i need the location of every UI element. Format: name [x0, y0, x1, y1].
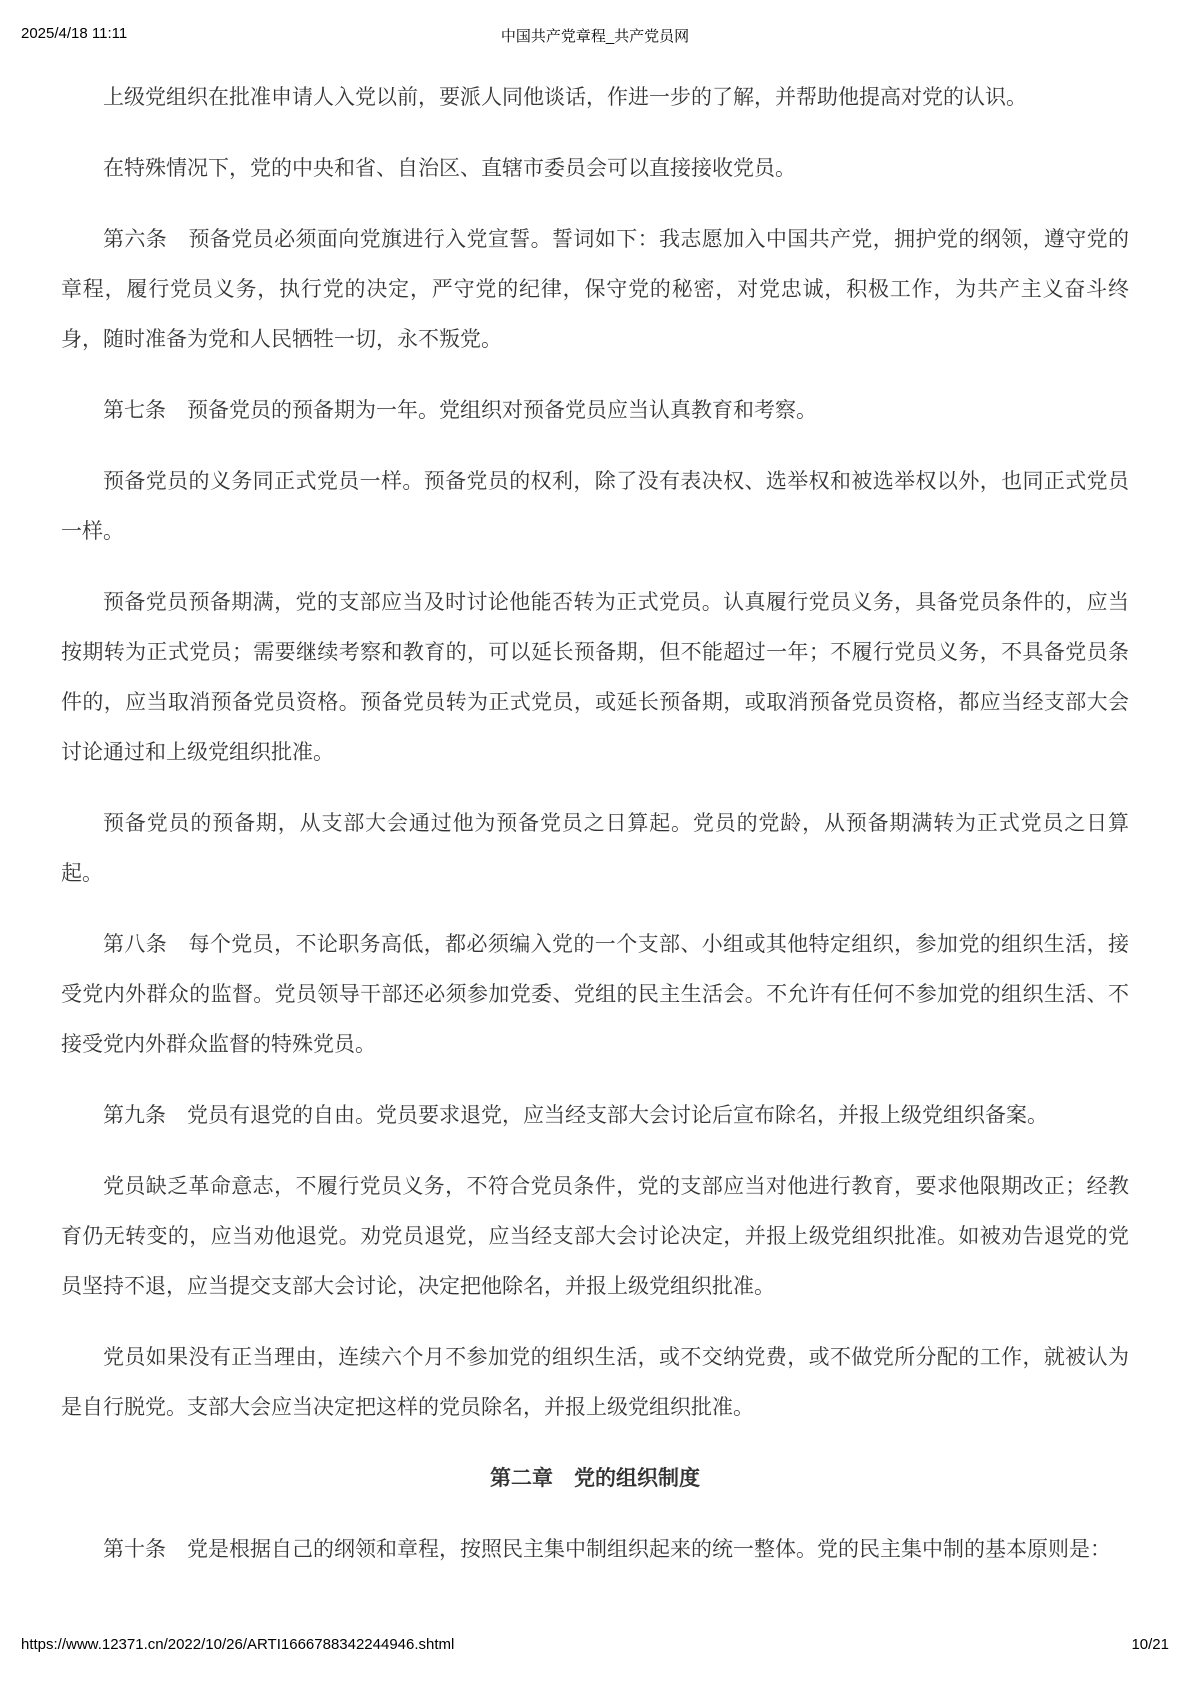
- paragraph-probation-rights: 预备党员的义务同正式党员一样。预备党员的权利，除了没有表决权、选举权和被选举权以…: [61, 457, 1129, 557]
- paragraph-probation-expiry: 预备党员预备期满，党的支部应当及时讨论他能否转为正式党员。认真履行党员义务，具备…: [61, 578, 1129, 778]
- paragraph-article-8-branch: 第八条 每个党员，不论职务高低，都必须编入党的一个支部、小组或其他特定组织，参加…: [61, 920, 1129, 1070]
- page-number: 10/21: [1131, 1636, 1169, 1653]
- paragraph-lack-of-will: 党员缺乏革命意志，不履行党员义务，不符合党员条件，党的支部应当对他进行教育，要求…: [61, 1162, 1129, 1312]
- print-header: 2025/4/18 11:11 中国共产党章程_共产党员网: [21, 25, 1169, 45]
- paragraph-special-admission: 在特殊情况下，党的中央和省、自治区、直辖市委员会可以直接接收党员。: [61, 144, 1129, 194]
- paragraph-article-7-probation: 第七条 预备党员的预备期为一年。党组织对预备党员应当认真教育和考察。: [61, 386, 1129, 436]
- document-title: 中国共产党章程_共产党员网: [501, 25, 689, 46]
- paragraph-article-6-oath: 第六条 预备党员必须面向党旗进行入党宣誓。誓词如下：我志愿加入中国共产党，拥护党…: [61, 215, 1129, 365]
- print-footer: https://www.12371.cn/2022/10/26/ARTI1666…: [21, 1636, 1169, 1656]
- paragraph-self-removal: 党员如果没有正当理由，连续六个月不参加党的组织生活，或不交纳党费，或不做党所分配…: [61, 1333, 1129, 1433]
- print-preview-page: { "page": { "header": { "datetime": "202…: [0, 0, 1190, 1684]
- source-url: https://www.12371.cn/2022/10/26/ARTI1666…: [21, 1636, 454, 1653]
- document-body: 上级党组织在批准申请人入党以前，要派人同他谈话，作进一步的了解，并帮助他提高对党…: [61, 73, 1129, 1575]
- paragraph-article-10-centralism: 第十条 党是根据自己的纲领和章程，按照民主集中制组织起来的统一整体。党的民主集中…: [61, 1525, 1129, 1575]
- print-datetime: 2025/4/18 11:11: [21, 25, 127, 42]
- paragraph-probation-start-date: 预备党员的预备期，从支部大会通过他为预备党员之日算起。党员的党龄，从预备期满转为…: [61, 799, 1129, 899]
- paragraph-approval-talk: 上级党组织在批准申请人入党以前，要派人同他谈话，作进一步的了解，并帮助他提高对党…: [61, 73, 1129, 123]
- paragraph-article-9-withdrawal: 第九条 党员有退党的自由。党员要求退党，应当经支部大会讨论后宣布除名，并报上级党…: [61, 1091, 1129, 1141]
- chapter-heading-2: 第二章 党的组织制度: [61, 1454, 1129, 1504]
